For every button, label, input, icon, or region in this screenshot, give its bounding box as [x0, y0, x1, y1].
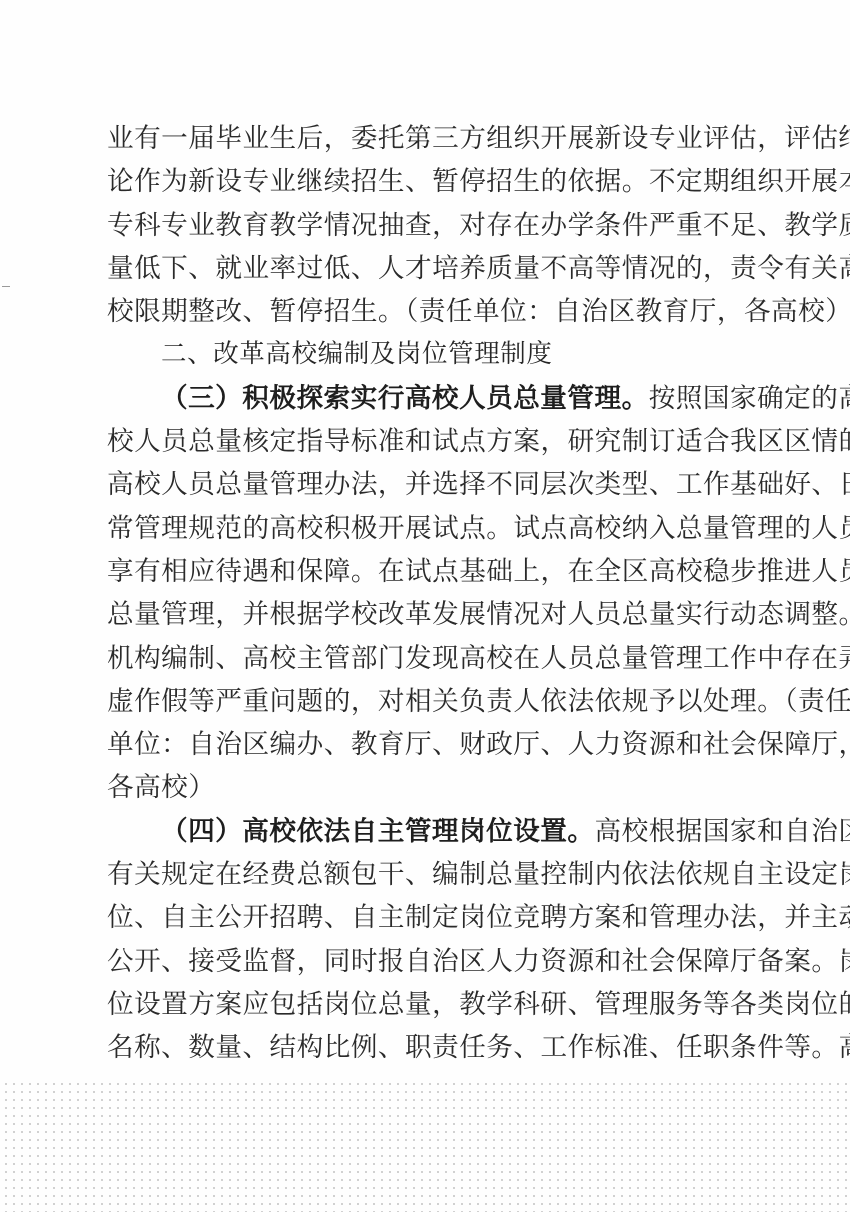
subsection-3: （三）积极探索实行高校人员总量管理。按照国家确定的高 校人员总量核定指导标准和试…: [107, 377, 755, 810]
subsection-title: （四）高校依法自主管理岗位设置。: [161, 816, 595, 847]
scanned-document-page: 业有一届毕业生后，委托第三方组织开展新设专业评估，评估结 论作为新设专业继续招生…: [0, 0, 850, 1212]
text-line: 享有相应待遇和保障。在试点基础上，在全区高校稳步推进人员: [107, 550, 755, 593]
text-line: 位设置方案应包括岗位总量，教学科研、管理服务等各类岗位的: [107, 983, 755, 1026]
text-run: 高校根据国家和自治区: [595, 816, 850, 847]
text-line: 校人员总量核定指导标准和试点方案，研究制订适合我区区情的: [107, 420, 755, 463]
text-line: 位、自主公开招聘、自主制定岗位竞聘方案和管理办法，并主动: [107, 896, 755, 939]
text-line: 有关规定在经费总额包干、编制总量控制内依法依规自主设定岗: [107, 853, 755, 896]
subsection-title: （三）积极探索实行高校人员总量管理。: [161, 383, 649, 414]
text-line: 常管理规范的高校积极开展试点。试点高校纳入总量管理的人员: [107, 507, 755, 550]
text-line: 业有一届毕业生后，委托第三方组织开展新设专业评估，评估结: [107, 117, 755, 160]
text-line: 公开、接受监督，同时报自治区人力资源和社会保障厅备案。岗: [107, 940, 755, 983]
subsection-first-line: （三）积极探索实行高校人员总量管理。按照国家确定的高: [107, 377, 755, 420]
text-line: 论作为新设专业继续招生、暂停招生的依据。不定期组织开展本: [107, 160, 755, 203]
text-line: 各高校）: [107, 766, 755, 809]
text-line: 总量管理，并根据学校改革发展情况对人员总量实行动态调整。: [107, 593, 755, 636]
text-run: 按照国家确定的高: [649, 383, 850, 414]
text-line: 高校人员总量管理办法，并选择不同层次类型、工作基础好、日: [107, 463, 755, 506]
text-line: 单位：自治区编办、教育厅、财政厅、人力资源和社会保障厅，: [107, 723, 755, 766]
subsection-first-line: （四）高校依法自主管理岗位设置。高校根据国家和自治区: [107, 810, 755, 853]
text-line: 虚作假等严重问题的，对相关负责人依法依规予以处理。（责任: [107, 680, 755, 723]
text-line: 专科专业教育教学情况抽查，对存在办学条件严重不足、教学质: [107, 204, 755, 247]
scan-margin-mark: [2, 286, 10, 287]
subsection-4: （四）高校依法自主管理岗位设置。高校根据国家和自治区 有关规定在经费总额包干、编…: [107, 810, 755, 1070]
text-line: 机构编制、高校主管部门发现高校在人员总量管理工作中存在弄: [107, 637, 755, 680]
document-body: 业有一届毕业生后，委托第三方组织开展新设专业评估，评估结 论作为新设专业继续招生…: [107, 117, 755, 1070]
dotted-scan-pattern: [0, 1078, 850, 1212]
section-heading: 二、改革高校编制及岗位管理制度: [107, 333, 755, 376]
continuation-paragraph: 业有一届毕业生后，委托第三方组织开展新设专业评估，评估结 论作为新设专业继续招生…: [107, 117, 755, 333]
text-line: 量低下、就业率过低、人才培养质量不高等情况的，责令有关高: [107, 247, 755, 290]
text-line: 校限期整改、暂停招生。（责任单位：自治区教育厅，各高校）: [107, 290, 755, 333]
text-line: 名称、数量、结构比例、职责任务、工作标准、任职条件等。高: [107, 1026, 755, 1069]
